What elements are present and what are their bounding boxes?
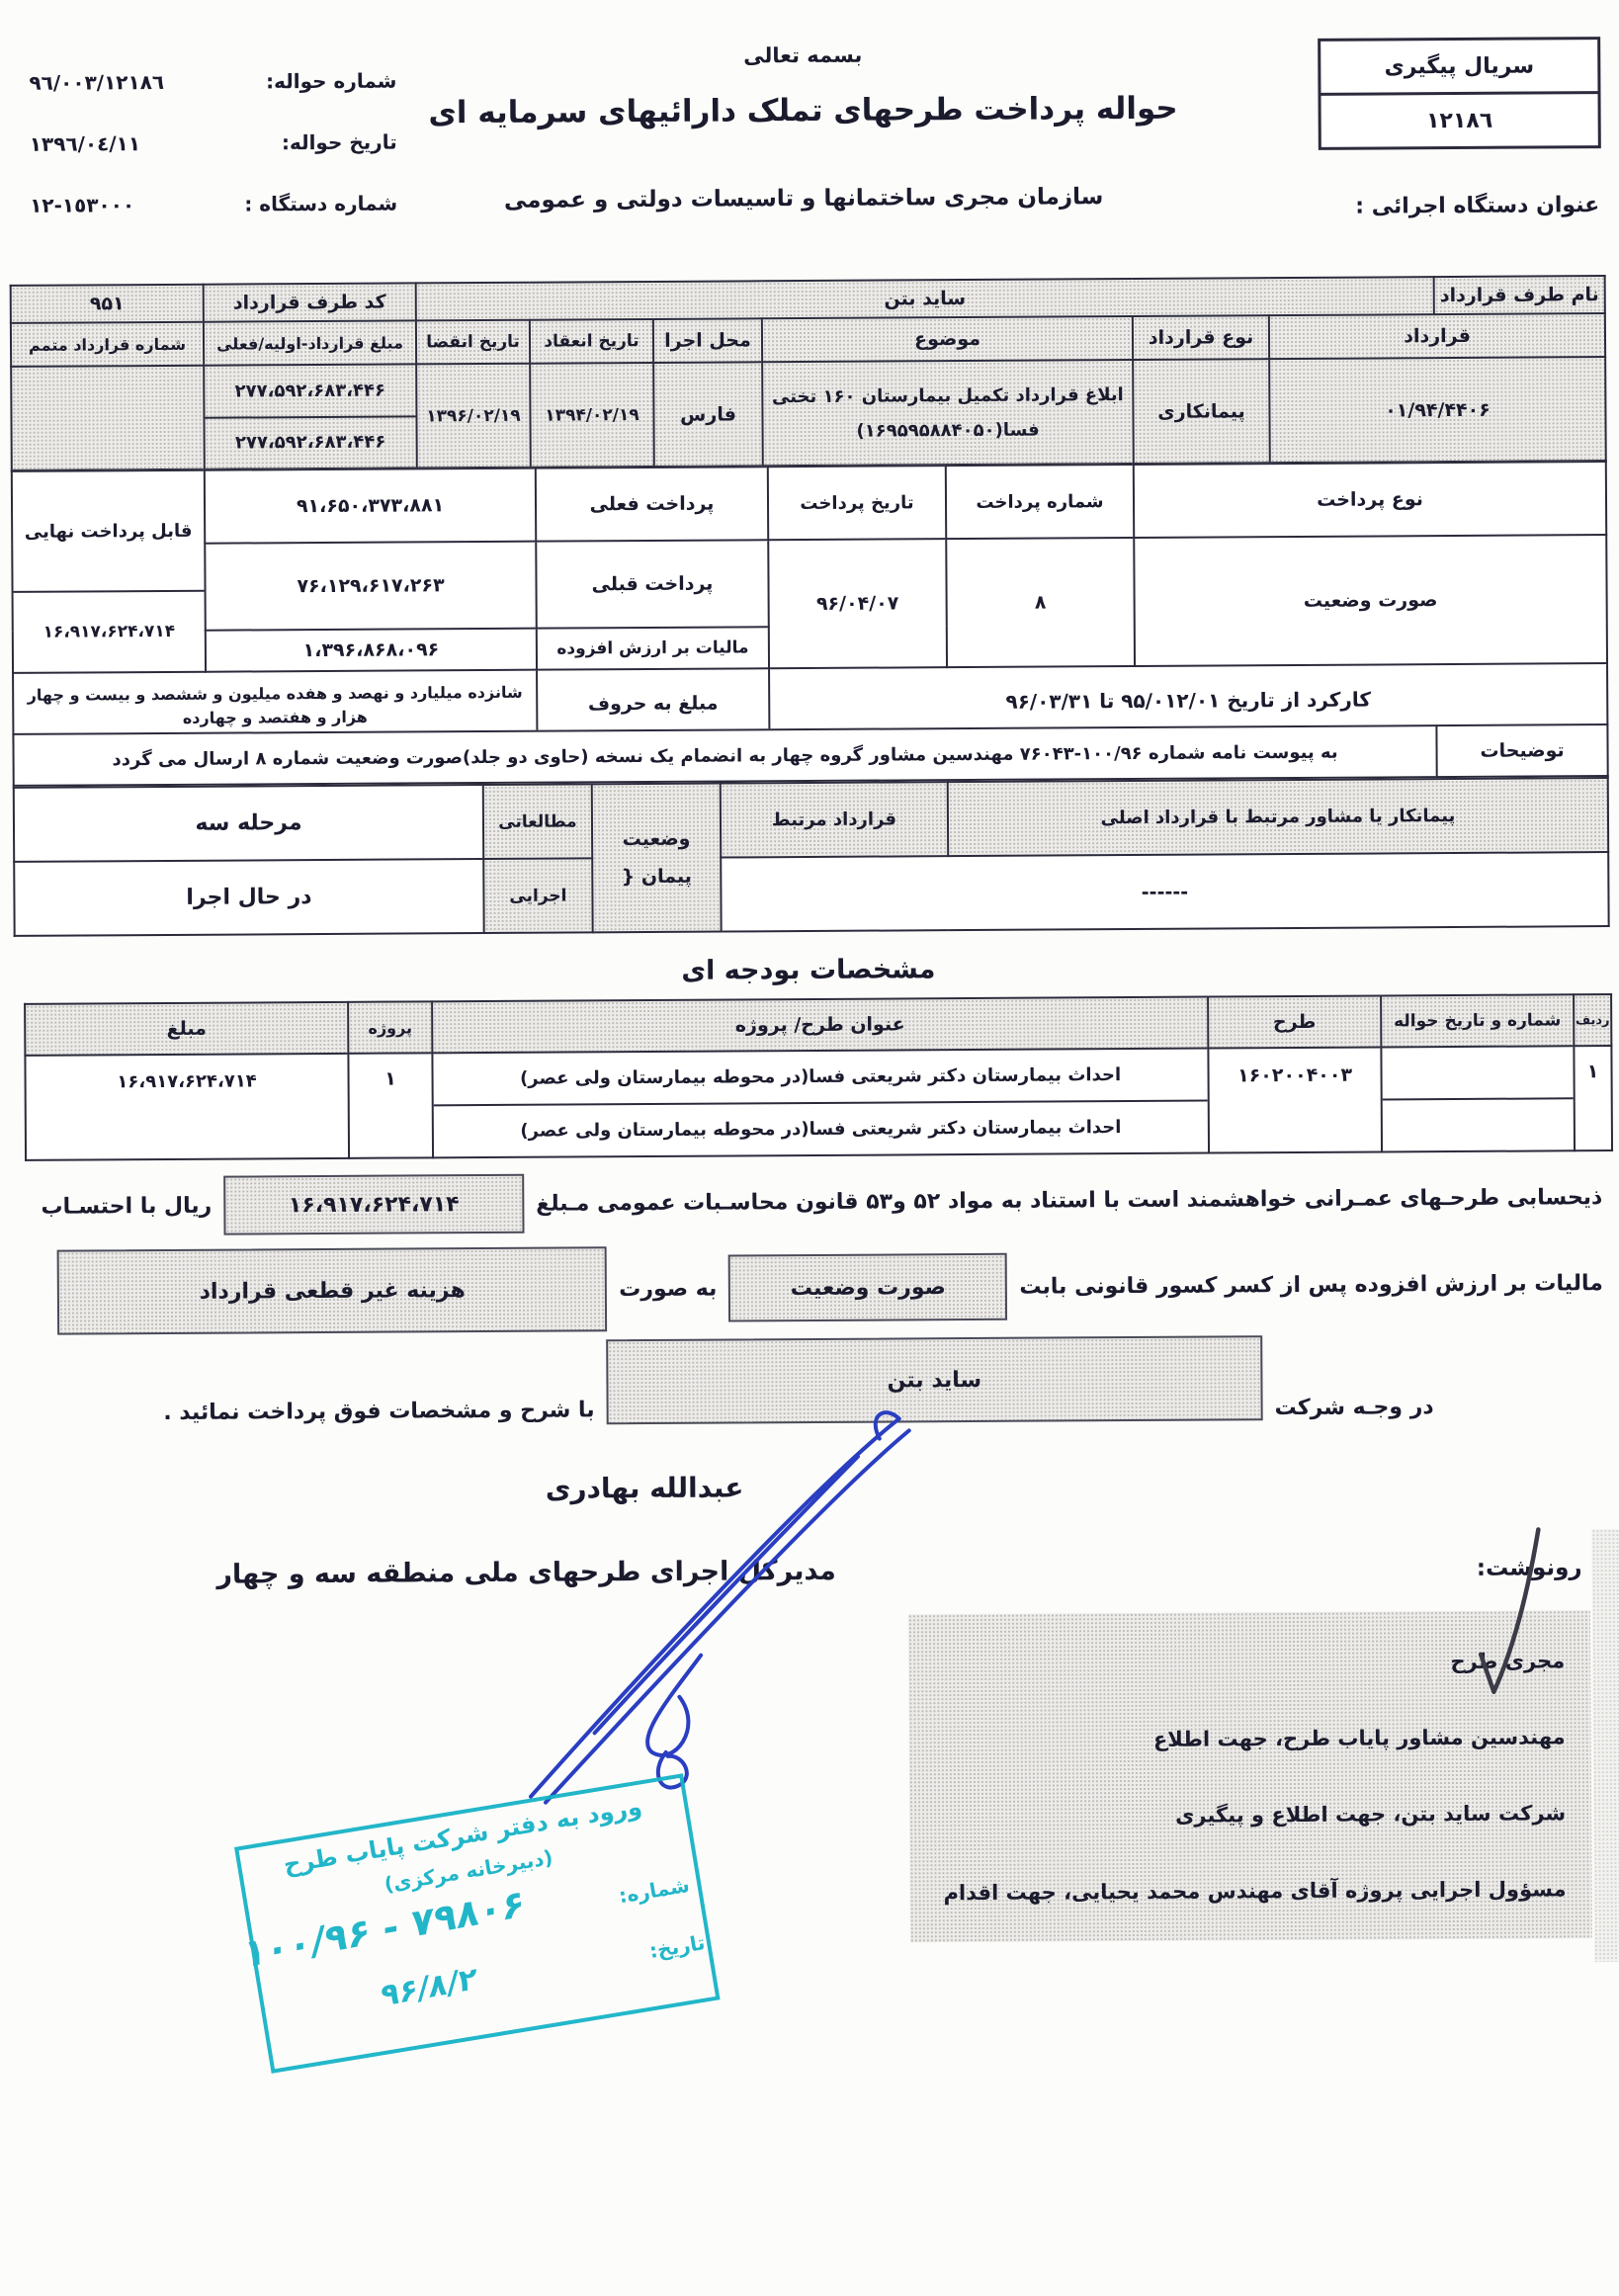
contract-info-table: نام طرف قرارداد ساید بتن کد طرف قرارداد … xyxy=(10,275,1607,471)
current-payment-label: پرداخت فعلی xyxy=(536,467,768,541)
contract-amount-header: مبلغ قرارداد-اولیه/فعلی xyxy=(204,320,416,365)
budget-header-project: پروژه xyxy=(348,1001,432,1054)
amount-initial: ۲۷۷،۵۹۲،۶۸۳،۴۴۶ xyxy=(205,366,415,416)
device-number-row: شماره دستگاه : ١٥٣٠٠٠-١٢ xyxy=(30,187,397,222)
budget-header-tarh: طرح xyxy=(1208,995,1381,1048)
stamp-number-label: شماره: xyxy=(617,1873,691,1908)
party-name-value: ساید بتن xyxy=(416,277,1434,320)
copy-to-item-2: مهندسین مشاور پایاب طرح، جهت اطلاع xyxy=(935,1725,1566,1752)
contract-no-header: قرارداد xyxy=(1269,313,1605,359)
supplement-no-value xyxy=(11,366,205,470)
supplement-no-header: شماره قرارداد متمم xyxy=(11,322,204,367)
subject-value: ابلاغ قرارداد تکمیل بیمارستان ۱۶۰ تختی ف… xyxy=(762,360,1134,466)
havaleh-date-label: تاریخ حواله: xyxy=(282,130,397,155)
vat-label: مالیات بر ارزش افزوده xyxy=(537,627,769,669)
final-payable-value: ۱۶،۹۱۷،۶۲۴،۷۱۴ xyxy=(14,592,205,672)
payment-type-value: صورت وضعیت xyxy=(1134,535,1607,666)
contract-type-header: نوع قرارداد xyxy=(1133,315,1269,360)
havaleh-number-row: شماره حواله: ٩٦/٠٠٣/١٢١٨٦ xyxy=(29,64,396,100)
budget-table: ردیف شماره و تاریخ حواله طرح عنوان طرح/ … xyxy=(24,993,1613,1161)
previous-payment-label: پرداخت قبلی xyxy=(536,540,769,628)
payment-info-table: نوع پرداخت شماره پرداخت تاریخ پرداخت پرد… xyxy=(11,461,1609,743)
notes-label: توضیحات xyxy=(1436,724,1607,777)
vat-value: ۱،۳۹۶،۸۶۸،۰۹۶ xyxy=(206,629,537,672)
exec-value: در حال اجرا xyxy=(14,859,483,936)
stamp-date-label: تاریخ: xyxy=(647,1930,707,1963)
scanned-payment-order-form: سریال پیگیری ١٢١٨٦ بسمه تعالی حواله پردا… xyxy=(0,0,1619,2296)
order-line1-tail: ریال با احتسـاب xyxy=(41,1193,212,1219)
sign-date-value: ۱۳۹۴/۰۲/۱۹ xyxy=(530,363,654,468)
device-number-value: ١٥٣٠٠٠-١٢ xyxy=(30,193,134,217)
previous-payment-value: ۷۶،۱۲۹،۶۱۷،۲۶۳ xyxy=(205,542,537,631)
notes-value: به پیوست نامه شماره ۱۰۰/۹۶-۷۶۰۴۳ مهندسین… xyxy=(13,725,1436,786)
copy-to-item-1: مجری طرح xyxy=(934,1649,1565,1676)
contract-no-value: ۰۱/۹۴/۴۴۰۶ xyxy=(1269,357,1606,463)
order-line3-text: در وجـه شرکت xyxy=(1274,1395,1433,1420)
budget-title-cell: احداث بیمارستان دکتر شریعتی فسا(در محوطه… xyxy=(432,1049,1209,1158)
related-value: ------ xyxy=(721,852,1608,931)
order-line2-text: مالیات بر ارزش افزوده پس از کسر کسور قان… xyxy=(1019,1271,1603,1300)
budget-tarh-value: ۱۶۰۲۰۰۴۰۰۳ xyxy=(1208,1047,1382,1152)
order-line-2: مالیات بر ارزش افزوده پس از کسر کسور قان… xyxy=(26,1240,1603,1335)
final-payable-cell: قابل پرداخت نهایی ۱۶،۹۱۷،۶۲۴،۷۱۴ xyxy=(12,470,206,673)
havaleh-number-label: شماره حواله: xyxy=(266,69,396,94)
study-label: مطالعاتی xyxy=(483,784,592,859)
sign-date-header: تاریخ انعقاد xyxy=(530,319,653,364)
expire-date-value: ۱۳۹۶/۰۲/۱۹ xyxy=(416,364,531,468)
stamp-date-value: ۹۶/۸/۲ xyxy=(381,1961,476,2014)
contract-status-table: پیمانکار یا مشاور مرتبط با قرارداد اصلی … xyxy=(13,777,1610,937)
final-payable-label: قابل پرداخت نهایی xyxy=(13,471,205,593)
related-party-header: پیمانکار یا مشاور مرتبط با قرارداد اصلی xyxy=(948,778,1608,856)
budget-header-radif: ردیف xyxy=(1574,994,1611,1046)
amount-current: ۲۷۷،۵۹۲،۶۸۳،۴۴۶ xyxy=(205,415,415,468)
order-amount-box: ۱۶،۹۱۷،۶۲۴،۷۱۴ xyxy=(223,1174,524,1235)
subject-line-2: فسا(۱۶۹۵۹۵۸۸۴۰۵۰) xyxy=(769,419,1128,442)
agency-title-label: عنوان دستگاه اجرائی : xyxy=(1355,193,1599,219)
peyman-status-cell: وضعیت پیمان { xyxy=(592,784,722,933)
budget-havaleh-cell xyxy=(1381,1046,1575,1151)
payment-type-header: نوع پرداخت xyxy=(1134,462,1606,538)
pen-checkmark xyxy=(1475,1523,1549,1719)
expire-date-header: تاریخ انقضا xyxy=(416,320,530,365)
subject-header: موضوع xyxy=(762,316,1133,362)
order-line2-mid: به صورت xyxy=(619,1276,717,1302)
stage-value: مرحله سه xyxy=(14,785,483,862)
party-name-label: نام طرف قرارداد xyxy=(1434,276,1605,314)
location-header: محل اجرا xyxy=(653,318,762,363)
order-cost-type-box: هزینه غیر قطعی قرارداد xyxy=(57,1246,608,1334)
order-basis-box: صورت وضعیت xyxy=(728,1253,1007,1322)
office-entry-stamp: ورود به دفتر شرکت پایاب طرح (دبیرخانه مر… xyxy=(234,1773,721,2074)
header-fields: شماره حواله: ٩٦/٠٠٣/١٢١٨٦ تاریخ حواله: ١… xyxy=(29,64,397,250)
order-line1-text: ذیحسابی طرحـهای عمـرانی خواهشمند است با … xyxy=(536,1185,1602,1217)
budget-title-line-2: احداث بیمارستان دکتر شریعتی فسا(در محوطه… xyxy=(434,1100,1208,1157)
order-line-1: ذیحسابی طرحـهای عمـرانی خواهشمند است با … xyxy=(25,1167,1602,1236)
status-word: وضعیت xyxy=(598,828,715,851)
budget-project-value: ۱ xyxy=(348,1053,433,1158)
copy-to-item-4: مسؤول اجرایی پروژه آقای مهندس محمد یحیای… xyxy=(936,1877,1567,1905)
exec-label: اجرایی xyxy=(483,858,592,933)
payment-date-header: تاریخ پرداخت xyxy=(768,466,946,540)
location-value: فارس xyxy=(653,362,763,467)
budget-havaleh-top xyxy=(1382,1047,1573,1098)
contract-type-value: پیمانکاری xyxy=(1133,359,1270,464)
subject-line-1: ابلاغ قرارداد تکمیل بیمارستان ۱۶۰ تختی xyxy=(768,384,1127,407)
contract-amount-cell: ۲۷۷،۵۹۲،۶۸۳،۴۴۶ ۲۷۷،۵۹۲،۶۸۳،۴۴۶ xyxy=(204,364,417,468)
payment-date-value: ۹۶/۰۴/۰۷ xyxy=(768,539,947,668)
budget-amount-value: ۱۶،۹۱۷،۶۲۴،۷۱۴ xyxy=(25,1054,349,1160)
payment-order-block: ذیحسابی طرحـهای عمـرانی خواهشمند است با … xyxy=(25,1167,1604,1428)
current-payment-value: ۹۱،۶۵۰،۳۷۳،۸۸۱ xyxy=(205,468,536,544)
party-code-label: کد طرف قرارداد xyxy=(204,283,416,321)
payment-no-header: شماره پرداخت xyxy=(946,465,1134,539)
scan-edge-artifact xyxy=(1591,1529,1619,1962)
budget-header-havaleh: شماره و تاریخ حواله xyxy=(1381,994,1574,1047)
budget-havaleh-bottom xyxy=(1383,1097,1574,1150)
device-number-label: شماره دستگاه : xyxy=(244,192,397,216)
havaleh-number-value: ٩٦/٠٠٣/١٢١٨٦ xyxy=(29,70,164,95)
document-sheet: سریال پیگیری ١٢١٨٦ بسمه تعالی حواله پردا… xyxy=(0,0,1619,2296)
handwritten-signature xyxy=(474,1401,944,1823)
payment-no-value: ۸ xyxy=(946,538,1135,667)
party-code-value: ۹۵۱ xyxy=(11,285,204,323)
copy-to-item-3: شرکت ساید بتن، جهت اطلاع و پیگیری xyxy=(935,1801,1566,1828)
budget-section-title: مشخصات بودجه ای xyxy=(0,950,1618,990)
havaleh-date-value: ١٣٩٦/٠٤/١١ xyxy=(30,131,140,156)
related-contract-header: قرارداد مرتبط xyxy=(721,782,948,857)
budget-header-amount: مبلغ xyxy=(25,1002,348,1056)
budget-title-line-1: احداث بیمارستان دکتر شریعتی فسا(در محوطه… xyxy=(433,1050,1207,1105)
budget-header-title: عنوان طرح/ پروژه xyxy=(432,997,1208,1054)
budget-radif-value: ۱ xyxy=(1574,1046,1612,1150)
peyman-word: پیمان { xyxy=(598,866,715,889)
notes-table: توضیحات به پیوست نامه شماره ۱۰۰/۹۶-۷۶۰۴۳… xyxy=(12,723,1608,787)
havaleh-date-row: تاریخ حواله: ١٣٩٦/٠٤/١١ xyxy=(30,126,397,161)
